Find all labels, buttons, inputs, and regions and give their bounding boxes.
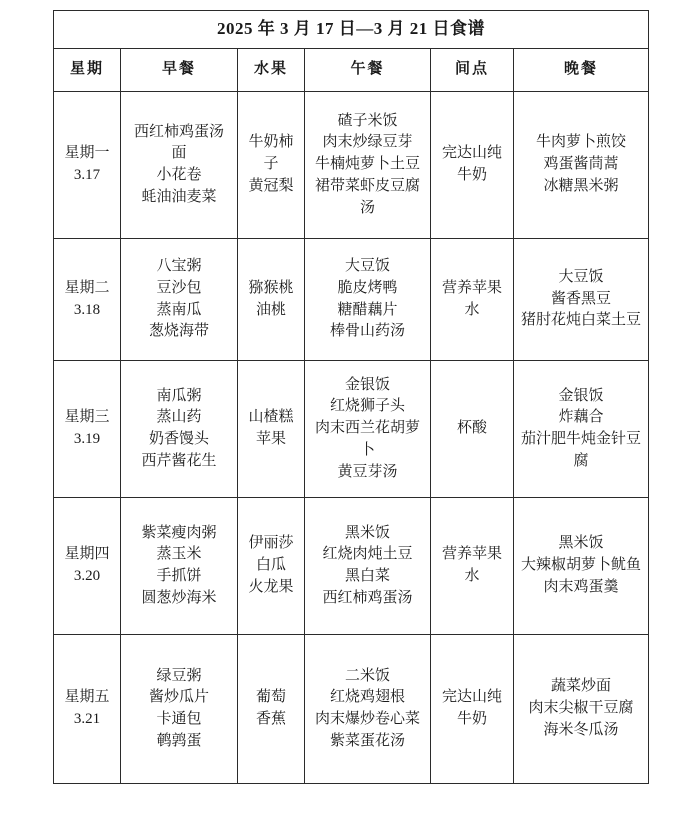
dish-item: 牛楠炖萝卜土豆 [312, 154, 423, 176]
dish-item: 金银饭 [521, 386, 641, 408]
dish-item: 绿豆粥 [128, 666, 230, 688]
cell-day: 星期三3.19 [54, 361, 121, 498]
dish-item: 小花卷 [128, 165, 230, 187]
cell-lunch: 金银饭红烧狮子头肉末西兰花胡萝卜黄豆芽汤 [305, 361, 431, 498]
dish-item: 大辣椒胡萝卜鱿鱼 [521, 555, 641, 577]
dish-item: 杯酸 [438, 418, 506, 440]
cell-fruit: 猕猴桃油桃 [238, 239, 305, 361]
cell-snack: 营养苹果水 [431, 239, 514, 361]
dish-item: 卡通包 [128, 709, 230, 731]
dish-item: 红烧狮子头 [312, 396, 423, 418]
dish-item: 黑米饭 [312, 523, 423, 545]
cell-lunch: 黑米饭红烧肉炖土豆黑白菜西红柿鸡蛋汤 [305, 498, 431, 635]
dish-item: 蒸玉米 [128, 544, 230, 566]
cell-dinner: 金银饭炸藕合茄汁肥牛炖金针豆腐 [514, 361, 649, 498]
dish-item: 鹌鹑蛋 [128, 731, 230, 753]
cell-fruit: 葡萄香蕉 [238, 635, 305, 784]
dish-item: 蔬菜炒面 [521, 676, 641, 698]
dish-item: 红烧肉炖土豆 [312, 544, 423, 566]
cell-snack: 杯酸 [431, 361, 514, 498]
dish-item: 酱香黑豆 [521, 289, 641, 311]
cell-breakfast: 西红柿鸡蛋汤面小花卷蚝油油麦菜 [121, 92, 238, 239]
dish-item: 黑白菜 [312, 566, 423, 588]
dish-item: 营养苹果水 [438, 544, 506, 588]
day-label: 星期一 [61, 143, 113, 165]
cell-lunch: 大豆饭脆皮烤鸭糖醋藕片棒骨山药汤 [305, 239, 431, 361]
dish-item: 裙带菜虾皮豆腐汤 [312, 176, 423, 220]
cell-lunch: 二米饭红烧鸡翅根肉末爆炒卷心菜紫菜蛋花汤 [305, 635, 431, 784]
dish-item: 肉末西兰花胡萝卜 [312, 418, 423, 462]
dish-item: 肉末爆炒卷心菜 [312, 709, 423, 731]
day-label: 星期五 [61, 687, 113, 709]
dish-item: 酱炒瓜片 [128, 687, 230, 709]
cell-breakfast: 八宝粥豆沙包蒸南瓜葱烧海带 [121, 239, 238, 361]
cell-snack: 完达山纯牛奶 [431, 635, 514, 784]
cell-breakfast: 南瓜粥蒸山药奶香馒头西芹酱花生 [121, 361, 238, 498]
cell-dinner: 蔬菜炒面肉末尖椒干豆腐海米冬瓜汤 [514, 635, 649, 784]
cell-day: 星期一3.17 [54, 92, 121, 239]
title-row: 2025 年 3 月 17 日—3 月 21 日食谱 [54, 11, 649, 49]
date-label: 3.18 [61, 300, 113, 322]
dish-item: 葱烧海带 [128, 321, 230, 343]
cell-dinner: 大豆饭酱香黑豆猪肘花炖白菜土豆 [514, 239, 649, 361]
day-label: 星期三 [61, 407, 113, 429]
dish-item: 紫菜蛋花汤 [312, 731, 423, 753]
dish-item: 豆沙包 [128, 278, 230, 300]
column-header-snack: 间点 [431, 49, 514, 92]
dish-item: 香蕉 [245, 709, 297, 731]
dish-item: 茄汁肥牛炖金针豆腐 [521, 429, 641, 473]
document-page: 2025 年 3 月 17 日—3 月 21 日食谱 星期早餐水果午餐间点晚餐 … [0, 0, 700, 784]
dish-item: 大豆饭 [521, 267, 641, 289]
cell-dinner: 黑米饭大辣椒胡萝卜鱿鱼肉末鸡蛋羹 [514, 498, 649, 635]
dish-item: 山楂糕 [245, 407, 297, 429]
cell-day: 星期二3.18 [54, 239, 121, 361]
dish-item: 营养苹果水 [438, 278, 506, 322]
dish-item: 蚝油油麦菜 [128, 187, 230, 209]
dish-item: 苹果 [245, 429, 297, 451]
day-label: 星期四 [61, 544, 113, 566]
column-header-breakfast: 早餐 [121, 49, 238, 92]
date-label: 3.21 [61, 709, 113, 731]
dish-item: 猪肘花炖白菜土豆 [521, 310, 641, 332]
header-row: 星期早餐水果午餐间点晚餐 [54, 49, 649, 92]
dish-item: 棒骨山药汤 [312, 321, 423, 343]
dish-item: 西芹酱花生 [128, 451, 230, 473]
column-header-dinner: 晚餐 [514, 49, 649, 92]
date-label: 3.19 [61, 429, 113, 451]
menu-body: 星期一3.17西红柿鸡蛋汤面小花卷蚝油油麦菜牛奶柿子黄冠梨碴子米饭肉末炒绿豆芽牛… [54, 92, 649, 784]
dish-item: 南瓜粥 [128, 386, 230, 408]
dish-item: 伊丽莎白瓜 [245, 533, 297, 577]
dish-item: 炸藕合 [521, 407, 641, 429]
menu-row: 星期一3.17西红柿鸡蛋汤面小花卷蚝油油麦菜牛奶柿子黄冠梨碴子米饭肉末炒绿豆芽牛… [54, 92, 649, 239]
date-label: 3.20 [61, 566, 113, 588]
dish-item: 八宝粥 [128, 256, 230, 278]
dish-item: 碴子米饭 [312, 111, 423, 133]
cell-breakfast: 绿豆粥酱炒瓜片卡通包鹌鹑蛋 [121, 635, 238, 784]
cell-snack: 营养苹果水 [431, 498, 514, 635]
cell-lunch: 碴子米饭肉末炒绿豆芽牛楠炖萝卜土豆裙带菜虾皮豆腐汤 [305, 92, 431, 239]
cell-day: 星期五3.21 [54, 635, 121, 784]
day-label: 星期二 [61, 278, 113, 300]
dish-item: 肉末尖椒干豆腐 [521, 698, 641, 720]
cell-day: 星期四3.20 [54, 498, 121, 635]
dish-item: 黑米饭 [521, 533, 641, 555]
dish-item: 蒸山药 [128, 407, 230, 429]
dish-item: 二米饭 [312, 666, 423, 688]
dish-item: 金银饭 [312, 375, 423, 397]
dish-item: 紫菜瘦肉粥 [128, 523, 230, 545]
dish-item: 肉末鸡蛋羹 [521, 577, 641, 599]
column-header-day: 星期 [54, 49, 121, 92]
cell-fruit: 山楂糕苹果 [238, 361, 305, 498]
menu-row: 星期四3.20紫菜瘦肉粥蒸玉米手抓饼圆葱炒海米伊丽莎白瓜火龙果黑米饭红烧肉炖土豆… [54, 498, 649, 635]
dish-item: 奶香馒头 [128, 429, 230, 451]
cell-snack: 完达山纯牛奶 [431, 92, 514, 239]
column-header-fruit: 水果 [238, 49, 305, 92]
dish-item: 脆皮烤鸭 [312, 278, 423, 300]
dish-item: 西红柿鸡蛋汤 [312, 588, 423, 610]
dish-item: 牛肉萝卜煎饺 [521, 132, 641, 154]
dish-item: 圆葱炒海米 [128, 588, 230, 610]
column-header-lunch: 午餐 [305, 49, 431, 92]
dish-item: 黄冠梨 [245, 176, 297, 198]
dish-item: 肉末炒绿豆芽 [312, 132, 423, 154]
dish-item: 火龙果 [245, 577, 297, 599]
menu-row: 星期三3.19南瓜粥蒸山药奶香馒头西芹酱花生山楂糕苹果金银饭红烧狮子头肉末西兰花… [54, 361, 649, 498]
dish-item: 糖醋藕片 [312, 300, 423, 322]
menu-table: 2025 年 3 月 17 日—3 月 21 日食谱 星期早餐水果午餐间点晚餐 … [53, 10, 649, 784]
dish-item: 鸡蛋酱茼蒿 [521, 154, 641, 176]
table-title: 2025 年 3 月 17 日—3 月 21 日食谱 [54, 11, 649, 49]
menu-row: 星期二3.18八宝粥豆沙包蒸南瓜葱烧海带猕猴桃油桃大豆饭脆皮烤鸭糖醋藕片棒骨山药… [54, 239, 649, 361]
dish-item: 猕猴桃 [245, 278, 297, 300]
cell-fruit: 伊丽莎白瓜火龙果 [238, 498, 305, 635]
dish-item: 牛奶柿子 [245, 132, 297, 176]
cell-fruit: 牛奶柿子黄冠梨 [238, 92, 305, 239]
dish-item: 油桃 [245, 300, 297, 322]
dish-item: 大豆饭 [312, 256, 423, 278]
cell-breakfast: 紫菜瘦肉粥蒸玉米手抓饼圆葱炒海米 [121, 498, 238, 635]
dish-item: 海米冬瓜汤 [521, 720, 641, 742]
dish-item: 完达山纯牛奶 [438, 687, 506, 731]
dish-item: 红烧鸡翅根 [312, 687, 423, 709]
menu-row: 星期五3.21绿豆粥酱炒瓜片卡通包鹌鹑蛋葡萄香蕉二米饭红烧鸡翅根肉末爆炒卷心菜紫… [54, 635, 649, 784]
date-label: 3.17 [61, 165, 113, 187]
dish-item: 完达山纯牛奶 [438, 143, 506, 187]
dish-item: 冰糖黑米粥 [521, 176, 641, 198]
cell-dinner: 牛肉萝卜煎饺鸡蛋酱茼蒿冰糖黑米粥 [514, 92, 649, 239]
dish-item: 西红柿鸡蛋汤面 [128, 122, 230, 166]
dish-item: 手抓饼 [128, 566, 230, 588]
dish-item: 蒸南瓜 [128, 300, 230, 322]
dish-item: 葡萄 [245, 687, 297, 709]
dish-item: 黄豆芽汤 [312, 462, 423, 484]
